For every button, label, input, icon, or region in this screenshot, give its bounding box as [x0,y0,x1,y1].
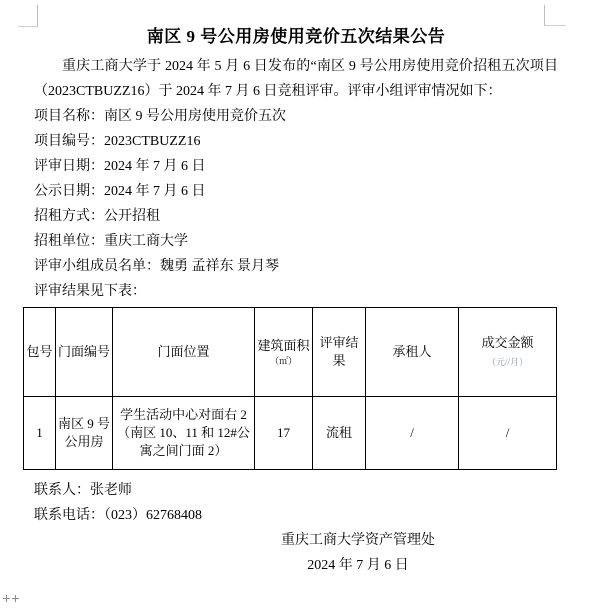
info-line-review-date: 评审日期：2024 年 7 月 6 日 [34,154,558,179]
signoff-organization: 重庆工商大学资产管理处 [248,528,468,553]
contact-phone: 联系电话：（023）62768408 [34,503,558,528]
info-line-project-number: 项目编号：2023CTBUZZ16 [34,129,558,154]
col-header-review-result: 评审结果 [313,308,366,397]
table-header-row: 包号 门面编号 门面位置 建筑面积 （㎡） 评审结果 承租人 成交金额（元//月… [24,308,557,397]
cell-shop-id: 南区 9 号公用房 [56,397,113,470]
info-line-rental-method: 招租方式：公开招租 [34,204,558,229]
info-line-publicity-date: 公示日期：2024 年 7 月 6 日 [34,179,558,204]
intro-paragraph: 重庆工商大学于 2024 年 5 月 6 日发布的“南区 9 号公用房使用竞价招… [34,54,558,104]
info-line-project-name: 项目名称：南区 9 号公用房使用竞价五次 [34,104,558,129]
info-line-review-panel: 评审小组成员名单：魏勇 孟祥东 景月琴 [34,254,558,279]
project-info-section: 项目名称：南区 9 号公用房使用竞价五次 项目编号：2023CTBUZZ16 评… [34,104,558,304]
margin-mark-top-right-icon [544,5,566,26]
contact-person: 联系人：张老师 [34,478,558,503]
footer-section-mark-icon [12,595,19,602]
col-header-lessee: 承租人 [366,308,459,397]
signoff-section: 重庆工商大学资产管理处 2024 年 7 月 6 日 [248,528,468,578]
col-header-building-area: 建筑面积 （㎡） [255,308,313,397]
col-header-shop-id: 门面编号 [56,308,113,397]
cell-review-result: 流租 [313,397,366,470]
cell-package-no: 1 [24,397,56,470]
cell-lessee: / [366,397,459,470]
cell-building-area: 17 [255,397,313,470]
table-row: 1 南区 9 号公用房 学生活动中心对面右 2（南区 10、11 和 12#公寓… [24,397,557,470]
area-unit-label: （㎡） [257,355,310,367]
signoff-date: 2024 年 7 月 6 日 [248,553,468,578]
document-page: 南区 9 号公用房使用竞价五次结果公告 重庆工商大学于 2024 年 5 月 6… [0,0,593,610]
margin-mark-top-left-icon [18,5,38,27]
contact-section: 联系人：张老师 联系电话：（023）62768408 [34,478,558,528]
col-header-package-no: 包号 [24,308,56,397]
col-header-shop-location: 门面位置 [113,308,255,397]
results-table: 包号 门面编号 门面位置 建筑面积 （㎡） 评审结果 承租人 成交金额（元//月… [23,307,557,470]
cell-shop-location: 学生活动中心对面右 2（南区 10、11 和 12#公寓之间门面 2） [113,397,255,470]
page-title: 南区 9 号公用房使用竞价五次结果公告 [34,26,558,47]
document-content: 南区 9 号公用房使用竞价五次结果公告 重庆工商大学于 2024 年 5 月 6… [34,26,558,578]
footer-section-mark-icon [3,595,10,602]
deal-amount-unit-label: （元//月） [487,357,528,367]
col-header-deal-amount: 成交金额（元//月） [459,308,557,397]
info-line-rental-unit: 招租单位：重庆工商大学 [34,229,558,254]
cell-deal-amount: / [459,397,557,470]
info-line-results-note: 评审结果见下表： [34,279,558,304]
